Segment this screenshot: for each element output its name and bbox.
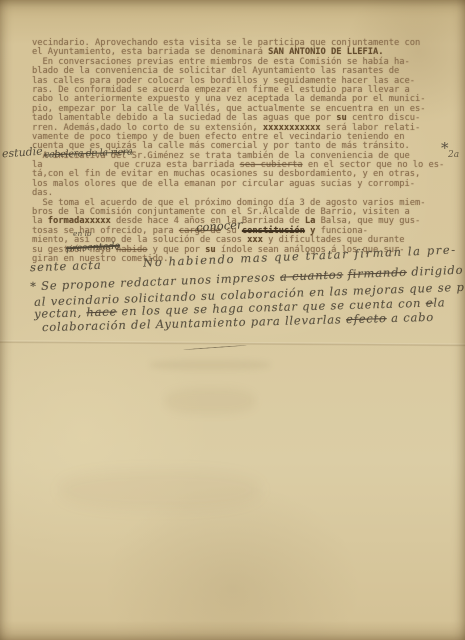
paper-stain bbox=[60, 470, 260, 510]
typed-line: los malos olores que de ella emanan por … bbox=[32, 180, 452, 189]
ink-dash-mark bbox=[183, 345, 247, 350]
text-segment: sente acta bbox=[30, 258, 102, 275]
text-segment: a cuantos bbox=[280, 267, 344, 283]
text-segment: dirigido bbox=[407, 263, 464, 279]
text-segment: efecto bbox=[346, 311, 387, 326]
document-page: vecindario. Aprovechando esta visita se … bbox=[0, 0, 465, 640]
bleedthrough-smudge bbox=[150, 360, 270, 370]
bleedthrough-smudge bbox=[165, 388, 255, 414]
handwritten-line: sente acta bbox=[30, 258, 102, 275]
handwritten-correction-en-lo: en lo bbox=[73, 229, 92, 238]
text-segment: la bbox=[433, 295, 446, 309]
text-segment: firmando bbox=[347, 265, 407, 281]
text-segment: los malos olores que de ella emanan por … bbox=[32, 179, 415, 189]
text-segment: a cabo bbox=[387, 310, 435, 325]
margin-note-2a: 2a bbox=[448, 150, 459, 160]
text-segment: hace bbox=[86, 304, 117, 319]
